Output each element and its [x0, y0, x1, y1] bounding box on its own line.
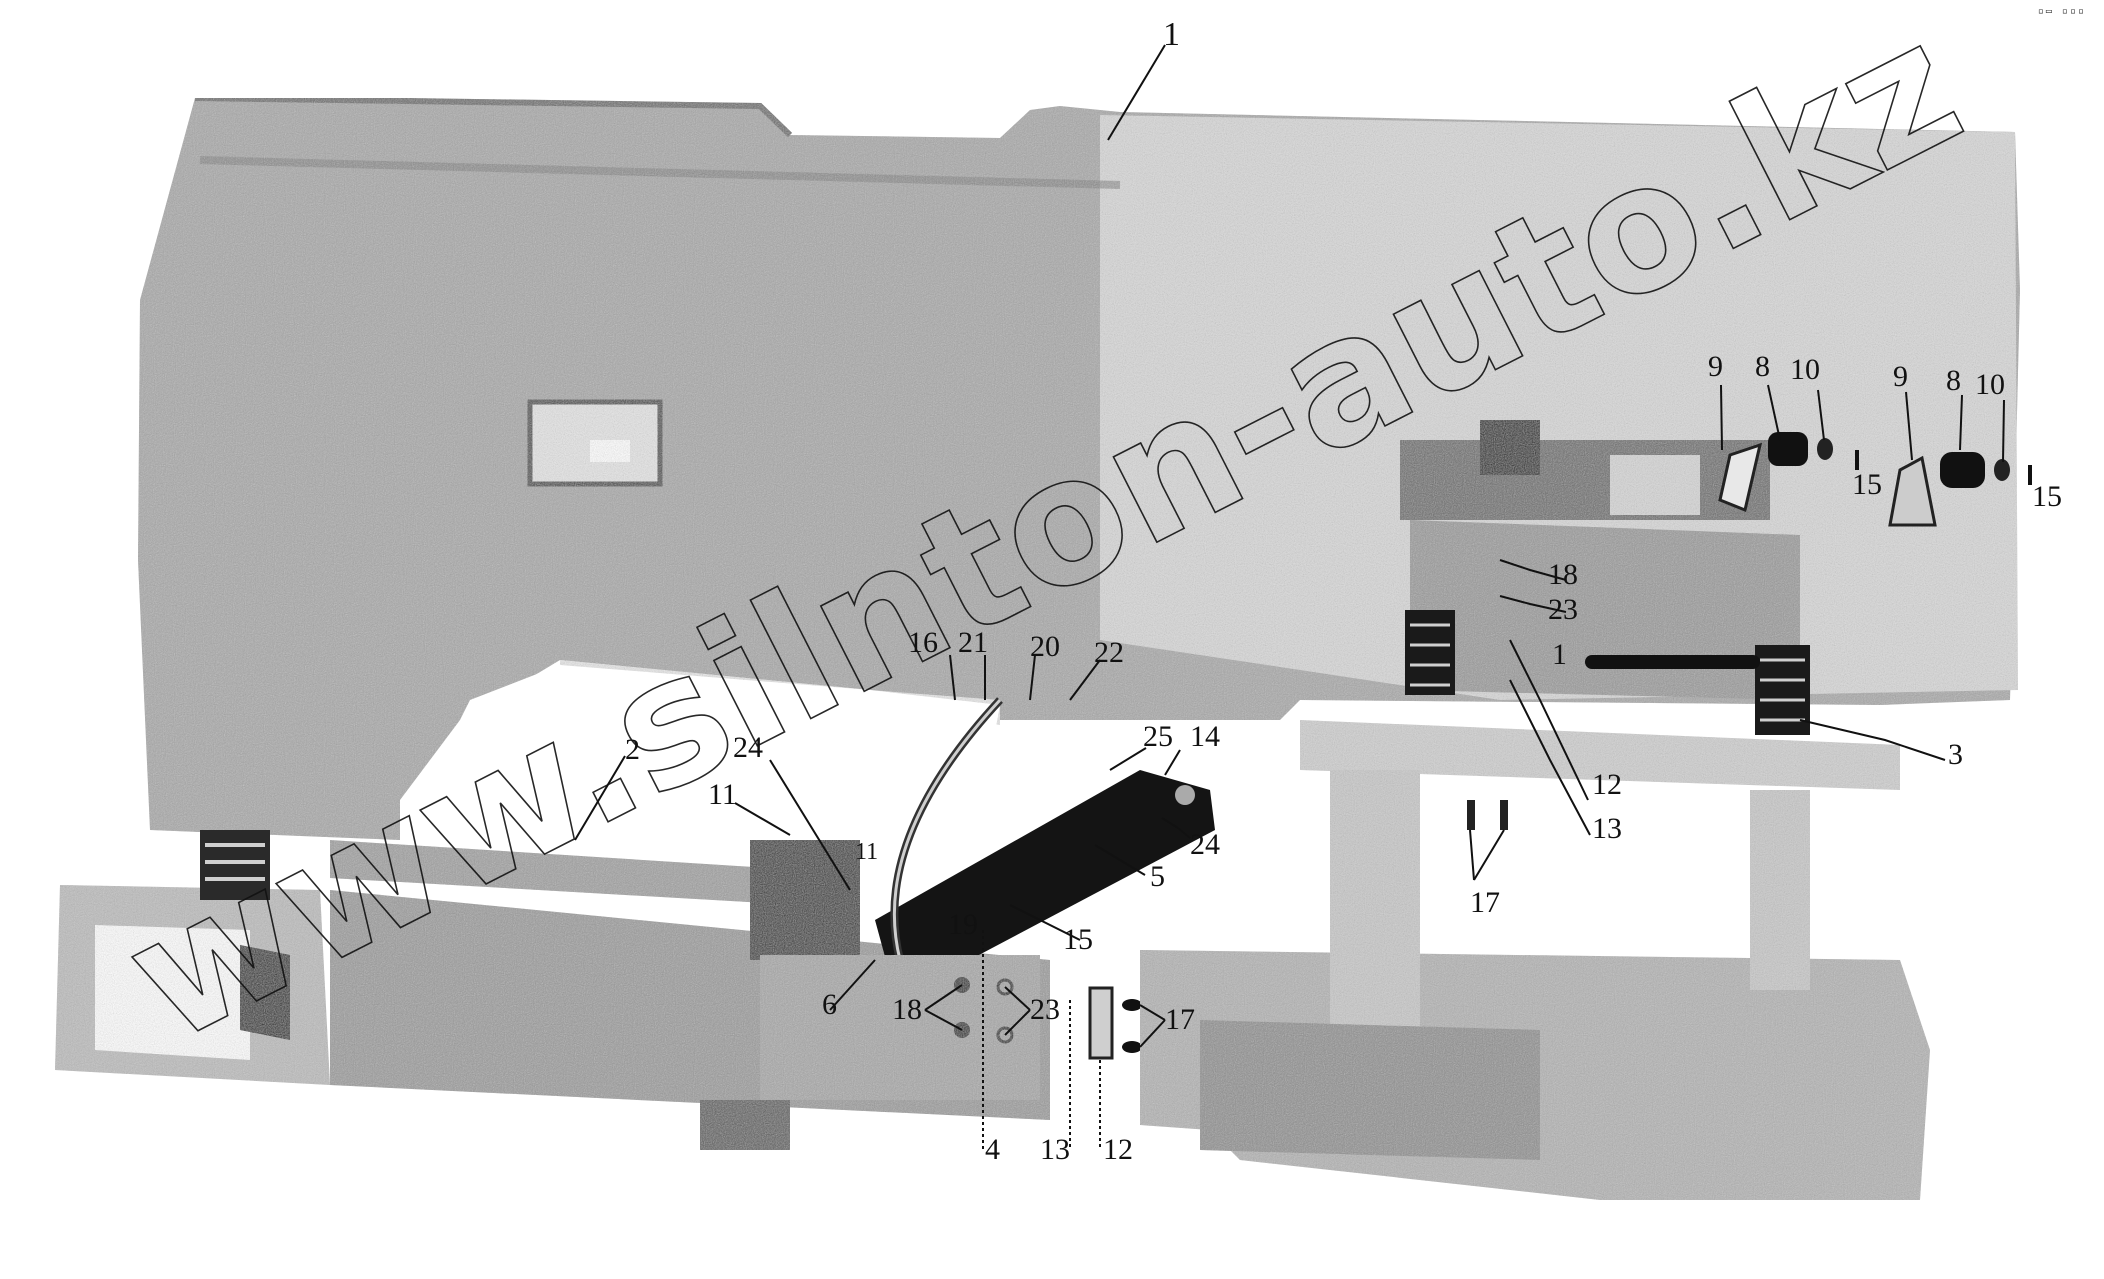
callout-8a: 8 — [1755, 352, 1770, 382]
callout-15a: 15 — [1852, 470, 1882, 500]
long-bolt — [1585, 655, 1760, 669]
callout-3: 3 — [1948, 740, 1963, 770]
callout-18a: 18 — [1548, 560, 1578, 590]
callout-25: 25 — [1143, 722, 1173, 752]
callout-17a: 17 — [1470, 888, 1500, 918]
callout-11a: 11 — [708, 780, 737, 810]
callout-1-mid: 1 — [1552, 640, 1567, 670]
callout-20: 20 — [1030, 632, 1060, 662]
callout-13a: 13 — [1592, 814, 1622, 844]
callout-9b: 9 — [1893, 362, 1908, 392]
callout-23b: 23 — [1030, 995, 1060, 1025]
callout-24a: 24 — [733, 733, 763, 763]
callout-2: 2 — [625, 735, 640, 765]
coil-spring-left — [1405, 610, 1455, 695]
bolts-17 — [1467, 800, 1508, 830]
bolt-12-13 — [1090, 988, 1142, 1058]
callout-10b: 10 — [1975, 370, 2005, 400]
callout-12a: 12 — [1592, 770, 1622, 800]
callout-6: 6 — [822, 990, 837, 1020]
callout-1-top: 1 — [1163, 18, 1180, 52]
callout-23a: 23 — [1548, 595, 1578, 625]
callout-5: 5 — [1150, 862, 1165, 892]
coil-spring-right — [1755, 645, 1810, 735]
callout-14: 14 — [1190, 722, 1220, 752]
callout-12b: 12 — [1103, 1135, 1133, 1165]
center-lower-bracket — [760, 955, 1040, 1100]
callout-11b: 11 — [855, 840, 878, 864]
callout-15c: 15 — [1063, 925, 1093, 955]
callout-4: 4 — [985, 1135, 1000, 1165]
callout-10a: 10 — [1790, 355, 1820, 385]
callout-18b: 18 — [892, 995, 922, 1025]
callout-17b: 17 — [1165, 1005, 1195, 1035]
callout-13b: 13 — [1040, 1135, 1070, 1165]
callout-9a: 9 — [1708, 352, 1723, 382]
right-frame-rail — [1140, 720, 1930, 1200]
callout-16: 16 — [908, 628, 938, 658]
callout-22: 22 — [1094, 638, 1124, 668]
parts-diagram: www.silnton-auto.kz 1 9 8 10 15 9 8 10 1… — [0, 0, 2104, 1279]
callout-21: 21 — [958, 628, 988, 658]
callout-24b: 24 — [1190, 830, 1220, 860]
callout-19: 19 — [948, 910, 978, 940]
corner-mark: ▫▭ ▫▫▫ — [2038, 6, 2086, 17]
callout-15b: 15 — [2032, 482, 2062, 512]
callout-8b: 8 — [1946, 366, 1961, 396]
